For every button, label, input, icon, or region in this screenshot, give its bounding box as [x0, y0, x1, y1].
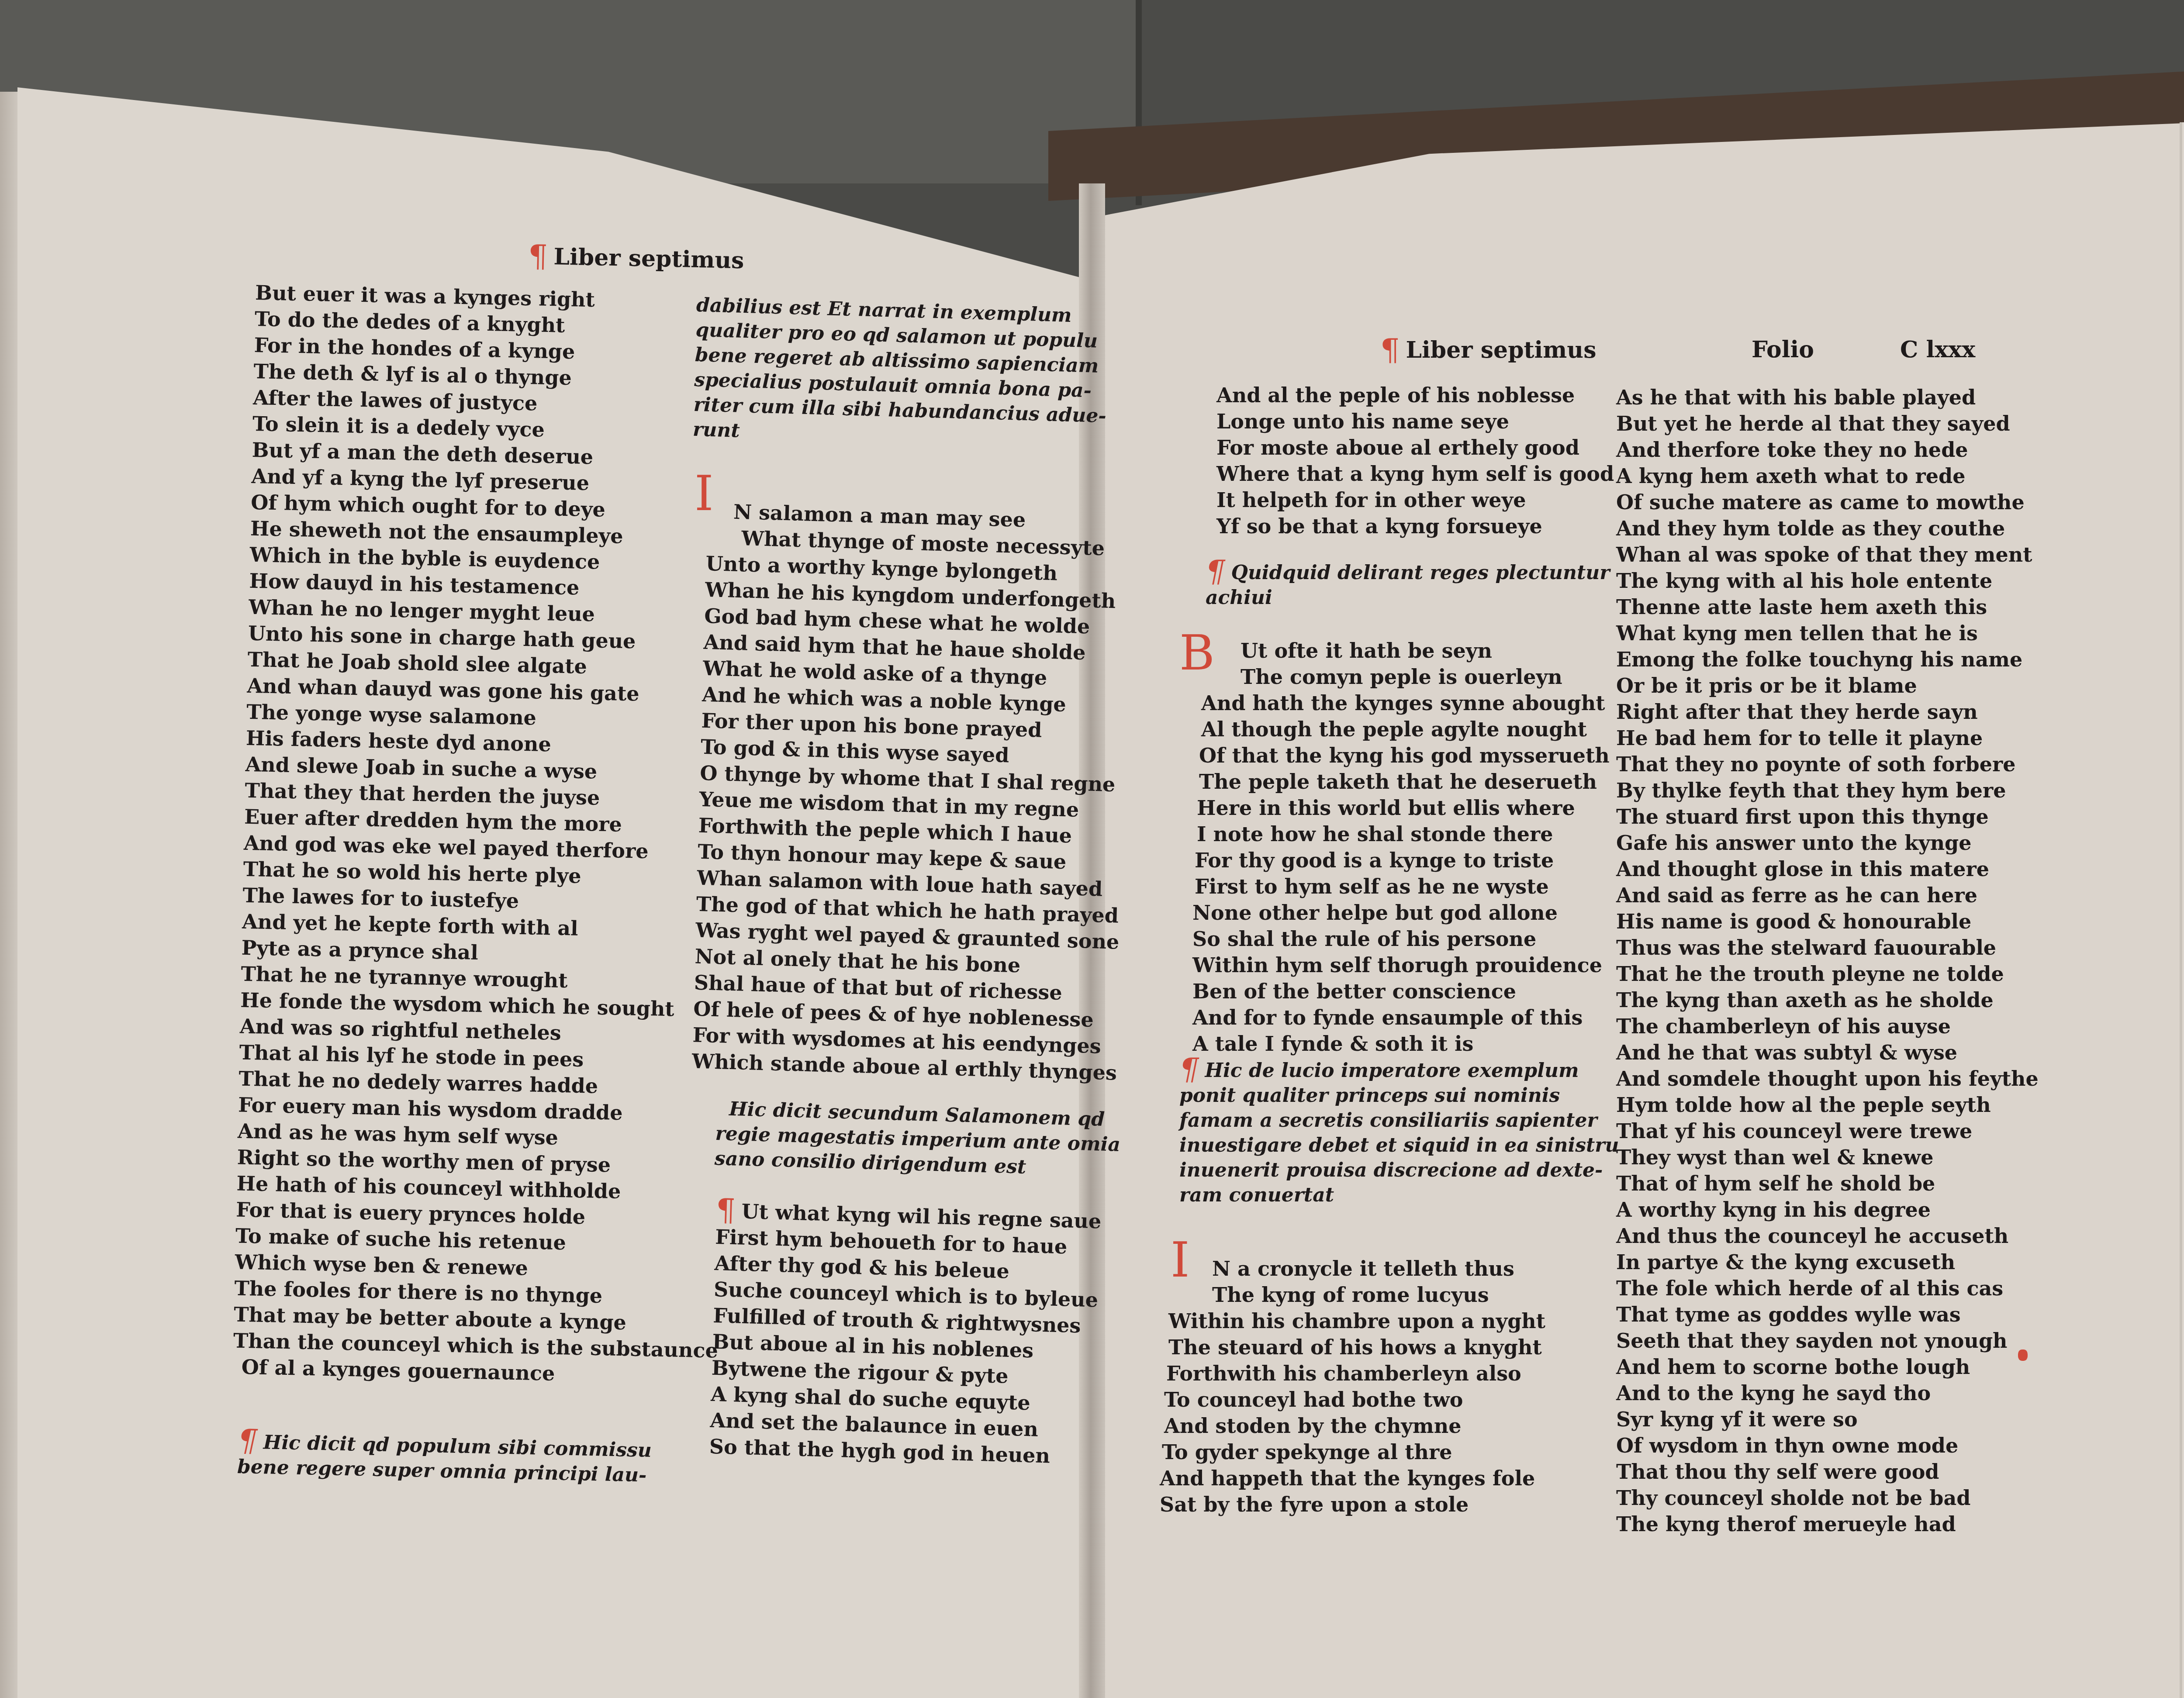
- verse-line: To gyder spekynge al thre: [1160, 1439, 1545, 1465]
- verse-line: Syr kyng yf it were so: [1616, 1406, 2039, 1432]
- right-running-head: ¶Liber septimus: [1380, 332, 1596, 368]
- verse-line: That he the trouth pleyne ne tolde: [1616, 961, 2039, 987]
- verse-line: Within his chambre upon a nyght: [1160, 1308, 1545, 1334]
- verse-line: Where that a kyng hym self is good: [1216, 461, 1614, 487]
- latin-line: famam a secretis consiliariis sapienter: [1179, 1108, 1619, 1133]
- verse-line: And he that was subtyl & wyse: [1616, 1039, 2039, 1066]
- verse-line: Gafe his answer unto the kynge: [1616, 830, 2039, 856]
- verse-line: The fole which herde of al this cas: [1616, 1275, 2039, 1301]
- verse-line: Ben of the better conscience: [1192, 978, 1610, 1004]
- verse-line: As he that with his bable played: [1616, 384, 2039, 411]
- pilcrow-icon: ¶: [528, 238, 548, 274]
- verse-line: Right after that they herde sayn: [1616, 699, 2039, 725]
- book-page-edges-right: [2180, 122, 2184, 1698]
- verse-line: And somdele thought upon his feythe: [1616, 1066, 2039, 1092]
- verse-line: That tyme as goddes wylle was: [1616, 1301, 2039, 1328]
- verse-line: And stoden by the chymne: [1160, 1413, 1545, 1439]
- verse-line: Thy counceyl sholde not be bad: [1616, 1485, 2039, 1511]
- verse-line: By thylke feyth that they hym bere: [1616, 777, 2039, 804]
- right-col2-verse: As he that with his bable played But yet…: [1616, 384, 2039, 1537]
- left-col1-latin-note: ¶Hic dicit qd populum sibi commissu bene…: [237, 1428, 652, 1488]
- verse-line: He bad hem for to telle it playne: [1616, 725, 2039, 751]
- verse-line: For thy good is a kynge to triste: [1192, 847, 1610, 873]
- pilcrow-icon: ¶: [1206, 553, 1225, 589]
- left-col2-latin-mid: Hic dicit secundum Salamonem qd regie ma…: [714, 1096, 1121, 1182]
- verse-line: Thenne atte laste hem axeth this: [1616, 594, 2039, 620]
- verse-line: The kyng of rome lucyus: [1160, 1282, 1545, 1308]
- verse-line: Of that the kyng his god mysserueth: [1192, 742, 1610, 769]
- verse-line: The kyng than axeth as he sholde: [1616, 987, 2039, 1013]
- running-head-text: Liber septimus: [1406, 337, 1597, 363]
- verse-line: Of suche matere as came to mowthe: [1616, 489, 2039, 515]
- latin-text: Hic de lucio imperatore exemplum: [1205, 1060, 1579, 1082]
- verse-line: Whan al was spoke of that they ment: [1616, 542, 2039, 568]
- right-col1-verse-2: Ut ofte it hath be seyn The comyn peple …: [1192, 638, 1610, 1057]
- verse-line: The steuard of his hows a knyght: [1160, 1334, 1545, 1360]
- latin-line: inuenerit prouisa discrecione ad dexte-: [1179, 1158, 1619, 1183]
- folio-label: Folio: [1752, 336, 1814, 363]
- verse-line: N a cronycle it telleth thus: [1160, 1256, 1545, 1282]
- verse-line: The kyng therof merueyle had: [1616, 1511, 2039, 1537]
- verse-line: The stuard first upon this thynge: [1616, 804, 2039, 830]
- left-col2-verse-2: ¶Ut what kyng wil his regne saue First h…: [709, 1197, 1102, 1470]
- pilcrow-icon: ¶: [1179, 1051, 1199, 1087]
- red-ink-mark: [2018, 1349, 2028, 1361]
- verse-line: And thought glose in this matere: [1616, 856, 2039, 882]
- verse-line: That of hym self he shold be: [1616, 1170, 2039, 1197]
- verse-line: That yf his counceyl were trewe: [1616, 1118, 2039, 1144]
- verse-line: It helpeth for in other weye: [1216, 487, 1614, 513]
- verse-line: And therfore toke they no hede: [1616, 437, 2039, 463]
- folio-number: C lxxx: [1900, 336, 1975, 363]
- latin-line: ¶Hic de lucio imperatore exemplum: [1179, 1057, 1619, 1083]
- left-running-head: ¶Liber septimus: [528, 238, 744, 278]
- latin-line: achiui: [1206, 585, 1610, 610]
- verse-line: So shal the rule of his persone: [1192, 926, 1610, 952]
- latin-line: ram conuertat: [1179, 1183, 1619, 1208]
- left-col2-verse-1: N salamon a man may see What thynge of m…: [691, 498, 1133, 1086]
- verse-line: Or be it pris or be it blame: [1616, 673, 2039, 699]
- verse-line: A tale I fynde & soth it is: [1192, 1031, 1610, 1057]
- pilcrow-icon: ¶: [238, 1422, 258, 1459]
- verse-line: Al though the peple agylte nought: [1192, 716, 1610, 742]
- verse-line: Forthwith his chamberleyn also: [1160, 1360, 1545, 1387]
- right-col1-verse-3: N a cronycle it telleth thus The kyng of…: [1160, 1256, 1545, 1518]
- verse-line: And thus the counceyl he accuseth: [1616, 1223, 2039, 1249]
- running-head-text: Liber septimus: [553, 243, 744, 274]
- right-col1-latin-2: ¶Hic de lucio imperatore exemplum ponit …: [1179, 1057, 1619, 1208]
- verse-line: The chamberleyn of his auyse: [1616, 1013, 2039, 1039]
- verse-line: What kyng men tellen that he is: [1616, 620, 2039, 646]
- verse-line: They wyst than wel & knewe: [1616, 1144, 2039, 1170]
- verse-line: I note how he shal stonde there: [1192, 821, 1610, 847]
- latin-line: ¶Quidquid delirant reges plectuntur: [1206, 559, 1610, 585]
- verse-line: Here in this world but ellis where: [1192, 795, 1610, 821]
- verse-line: Of wysdom in thyn owne mode: [1616, 1432, 2039, 1459]
- pilcrow-icon: ¶: [1380, 332, 1400, 368]
- verse-line: A kyng hem axeth what to rede: [1616, 463, 2039, 489]
- verse-line: Hym tolde how al the peple seyth: [1616, 1092, 2039, 1118]
- verse-line: His name is good & honourable: [1616, 908, 2039, 935]
- verse-line: For moste aboue al erthely good: [1216, 435, 1614, 461]
- latin-line: inuestigare debet et siquid in ea sinist…: [1179, 1133, 1619, 1158]
- verse-line: First to hym self as he ne wyste: [1192, 873, 1610, 900]
- verse-line: And happeth that the kynges fole: [1160, 1465, 1545, 1491]
- verse-line: The peple taketh that he deserueth: [1192, 769, 1610, 795]
- verse-line: But yet he herde al that they sayed: [1616, 411, 2039, 437]
- right-col1-latin-1: ¶Quidquid delirant reges plectuntur achi…: [1206, 559, 1610, 610]
- latin-line: ponit qualiter princeps sui nominis: [1179, 1083, 1619, 1108]
- verse-line: Yf so be that a kyng forsueye: [1216, 513, 1614, 539]
- verse-line: And for to fynde ensaumple of this: [1192, 1004, 1610, 1031]
- verse-line: And they hym tolde as they couthe: [1616, 515, 2039, 542]
- verse-line: None other helpe but god allone: [1192, 900, 1610, 926]
- verse-line: Longe unto his name seye: [1216, 408, 1614, 435]
- verse-line: That thou thy self were good: [1616, 1459, 2039, 1485]
- verse-line: Ut ofte it hath be seyn: [1192, 638, 1610, 664]
- verse-line: And al the peple of his noblesse: [1216, 382, 1614, 408]
- verse-line: And hath the kynges synne abought: [1192, 690, 1610, 716]
- verse-line: The comyn peple is ouerleyn: [1192, 664, 1610, 690]
- latin-text: Quidquid delirant reges plectuntur: [1231, 562, 1610, 584]
- verse-line: Seeth that they sayden not ynough: [1616, 1328, 2039, 1354]
- verse-line: And hem to scorne bothe lough: [1616, 1354, 2039, 1380]
- verse-line: In partye & the kyng excuseth: [1616, 1249, 2039, 1275]
- verse-line: Sat by the fyre upon a stole: [1160, 1491, 1545, 1518]
- verse-line: To counceyl had bothe two: [1160, 1387, 1545, 1413]
- verse-line: Emong the folke touchyng his name: [1616, 646, 2039, 673]
- right-col1-verse-1: And al the peple of his noblesse Longe u…: [1216, 382, 1614, 539]
- left-col1-verse: But euer it was a kynges right To do the…: [232, 280, 740, 1390]
- pilcrow-icon: ¶: [715, 1192, 736, 1228]
- verse-line: A worthy kyng in his degree: [1616, 1197, 2039, 1223]
- verse-line: And said as ferre as he can here: [1616, 882, 2039, 908]
- verse-line: The kyng with al his hole entente: [1616, 568, 2039, 594]
- verse-line: Thus was the stelward fauourable: [1616, 935, 2039, 961]
- left-col2-latin-top: dabilius est Et narrat in exemplum quali…: [692, 293, 1109, 453]
- verse-line: Within hym self thorugh prouidence: [1192, 952, 1610, 978]
- verse-line: That they no poynte of soth forbere: [1616, 751, 2039, 777]
- verse-line: And to the kyng he sayd tho: [1616, 1380, 2039, 1406]
